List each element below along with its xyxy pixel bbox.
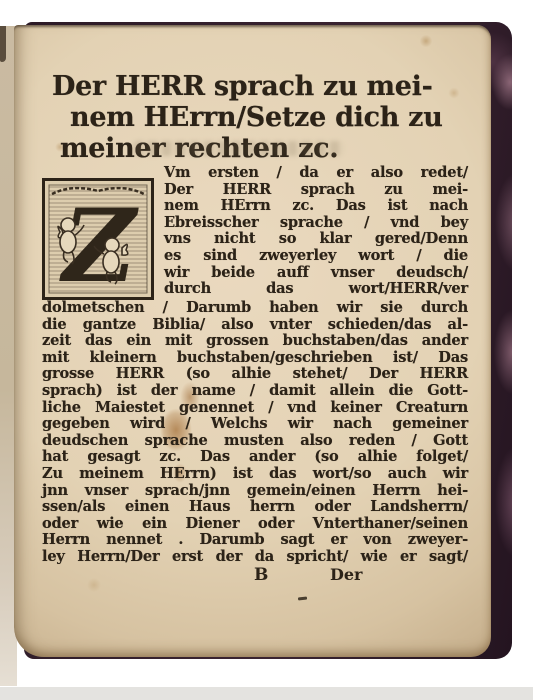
text-line: Zu meinem HErrn) ist das wort/so auch wi… [42,466,468,483]
indented-lines: Vm ersten / da er also redet/ Der HERR s… [164,165,468,300]
text-line: wir beide auff vnser deudsch/ [164,265,468,282]
book-photo: Der HERR sprach zu mei- nem HErrn/Setze … [0,0,533,700]
text-line: dolmetschen / Darumb haben wir sie durch [42,300,468,317]
body-text-block: Z [42,165,468,566]
text-line: oder wie ein Diener oder Vnterthaner/sei… [42,516,468,533]
text-line: nem HErrn zc. Das ist nach [164,198,468,215]
woodcut-initial-image: Z [42,178,154,300]
text-line: mit kleinern buchstaben/geschrieben ist/… [42,350,468,367]
heading-line: Der HERR sprach zu mei- [52,71,443,102]
text-line: zeit das ein mit grossen buchstaben/das … [42,333,468,350]
gutter-dark-edge [0,26,6,62]
bleed-through-smudge [134,141,344,156]
text-line: hat gesagt zc. Das ander (so alhie folge… [42,449,468,466]
text-line: vns nicht so klar gered/Denn [164,231,468,248]
ink-mark [298,597,307,600]
catchword: Der [330,565,362,584]
first-paragraph-row: Z [42,165,468,300]
heading-line: nem HErrn/Setze dich zu [70,102,443,133]
text-line: Ebreisscher sprache / vnd bey [164,215,468,232]
text-line: gegeben wird / Welchs wir nach gemeiner [42,416,468,433]
text-line: es sind zweyerley wort / die [164,248,468,265]
text-line: grosse HERR (so alhie stehet/ Der HERR [42,366,468,383]
text-line: jnn vnser sprach/jnn gemein/einen Herrn … [42,483,468,500]
text-line: sprach) ist der name / damit allein die … [42,383,468,400]
photo-bottom-shadow-strip [0,687,533,700]
book-page: Der HERR sprach zu mei- nem HErrn/Setze … [14,25,491,657]
text-line: durch das wort/HERR/ver [164,281,468,298]
text-line: ssen/als einen Haus herrn oder Landsherr… [42,499,468,516]
text-line: Vm ersten / da er also redet/ [164,165,468,182]
full-width-lines: dolmetschen / Darumb haben wir sie durch… [42,300,468,566]
signature-mark: B [254,565,268,585]
woodcut-initial-Z: Z [42,178,154,300]
text-line: liche Maiestet genennet / vnd keiner Cre… [42,400,468,417]
text-line: deudschen sprache musten also reden / Go… [42,433,468,450]
text-line: Der HERR sprach zu mei- [164,182,468,199]
text-line: die gantze Biblia/ also vnter schieden/d… [42,317,468,334]
text-line: ley Herrn/Der erst der da spricht/ wie e… [42,549,468,566]
text-line: Herrn nennet . Darumb sagt er von zweyer… [42,532,468,549]
